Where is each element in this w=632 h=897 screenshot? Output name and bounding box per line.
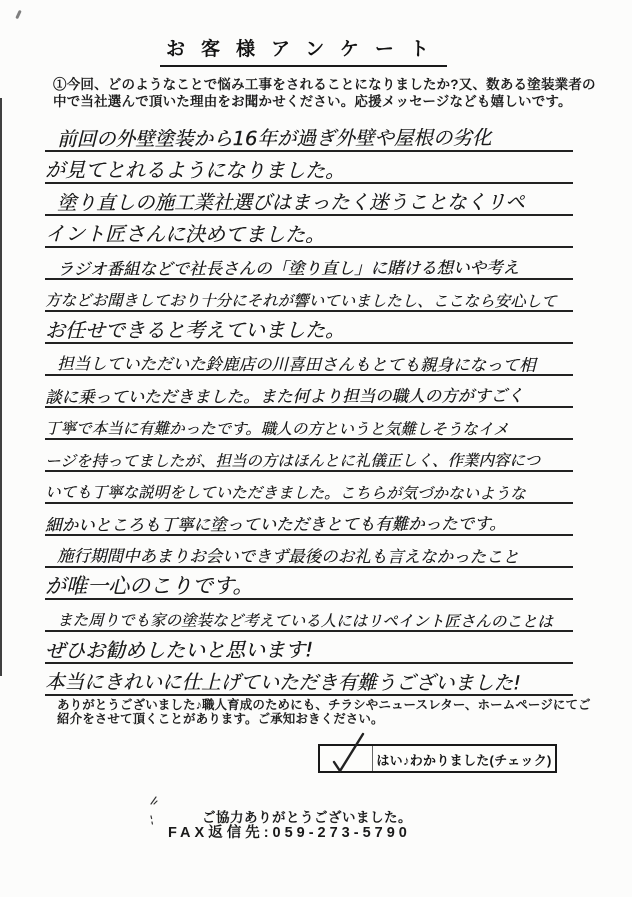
handwritten-text: が唯一心のこりです。 (45, 575, 253, 598)
consent-label: はい♪わかりました(チェック) (373, 746, 555, 771)
notice-line-1: ありがとうございました♪職人育成のためにも、チラシやニュースレター、ホームページ… (57, 699, 591, 713)
handwritten-checkmark-icon (326, 730, 366, 774)
answer-line: ージを持ってましたが、担当の方はほんとに礼儀正しく、作業内容につ (45, 440, 573, 472)
answer-line: また周りでも家の塗装など考えている人にはリペイント匠さんのことは (45, 600, 573, 632)
answer-line: 担当していただいた鈴鹿店の川喜田さんもとても親身になって相 (45, 344, 573, 376)
handwritten-text: お任せできると考えていました。 (45, 320, 345, 343)
handwritten-text: 前回の外壁塗装から16年が過ぎ外壁や屋根の劣化 (57, 128, 491, 151)
handwritten-text: 丁寧で本当に有難かったです。職人の方というと気難しそうなイメ (45, 420, 509, 438)
answer-line: 塗り直しの施工業社選びはまったく迷うことなくリペ (45, 184, 573, 216)
question-line-1: ①今回、どのようなことで悩み工事をされることになりましたか?又、数ある塗装業者の (53, 76, 596, 93)
answer-area: 前回の外壁塗装から16年が過ぎ外壁や屋根の劣化が見てとれるようになりました。塗り… (45, 120, 573, 696)
stray-pen-mark (148, 796, 160, 828)
answer-line: ラジオ番組などで社長さんの「塗り直し」に賭ける想いや考え (45, 248, 573, 280)
question-text: ①今回、どのようなことで悩み工事をされることになりましたか?又、数ある塗装業者の… (53, 76, 596, 110)
answer-line: イント匠さんに決めてました。 (45, 216, 573, 248)
answer-line: 方などお聞きしており十分にそれが響いていましたし、ここなら安心して (45, 280, 573, 312)
notice-line-2: 紹介をさせて頂くことがあります。ご承知おきください。 (57, 713, 591, 727)
consent-checkbox (320, 746, 373, 771)
answer-line: 丁寧で本当に有難かったです。職人の方というと気難しそうなイメ (45, 408, 573, 440)
notice-text: ありがとうございました♪職人育成のためにも、チラシやニュースレター、ホームページ… (57, 699, 591, 726)
handwritten-text: 担当していただいた鈴鹿店の川喜田さんもとても親身になって相 (57, 355, 536, 375)
answer-line: お任せできると考えていました。 (45, 312, 573, 344)
answer-line: が見てとれるようになりました。 (45, 152, 573, 184)
consent-check-table: はい♪わかりました(チェック) (318, 744, 557, 773)
answer-line: が唯一心のこりです。 (45, 568, 573, 600)
answer-line: 施行期間中あまりお会いできず最後のお礼も言えなかったこと (45, 536, 573, 568)
answer-line: 前回の外壁塗装から16年が過ぎ外壁や屋根の劣化 (45, 120, 573, 152)
scanned-survey-page: お客様アンケート ①今回、どのようなことで悩み工事をされることになりましたか?又… (0, 0, 632, 897)
page-title: お客様アンケート (160, 34, 447, 67)
handwritten-text: ラジオ番組などで社長さんの「塗り直し」に賭ける想いや考え (57, 259, 519, 279)
scan-speck (15, 10, 22, 19)
handwritten-text: また周りでも家の塗装など考えている人にはリペイント匠さんのことは (57, 612, 553, 631)
answer-line: ぜひお勧めしたいと思います! (45, 632, 573, 664)
fax-number: FAX返信先:059-273-5790 (168, 821, 411, 842)
handwritten-text: 塗り直しの施工業社選びはまったく迷うことなくリペ (57, 192, 525, 214)
question-line-2: 中で当社選んで頂いた理由をお聞かせください。応援メッセージなども嬉しいです。 (53, 93, 596, 110)
handwritten-text: イント匠さんに決めてました。 (45, 224, 325, 247)
handwritten-text: が見てとれるようになりました。 (45, 160, 345, 183)
handwritten-text: 施行期間中あまりお会いできず最後のお礼も言えなかったこと (57, 547, 519, 566)
scan-edge-artifact (0, 98, 2, 676)
answer-line: いても丁寧な説明をしていただきました。こちらが気づかないような (45, 472, 573, 504)
answer-line: 談に乗っていただきました。また何より担当の職人の方がすごく (45, 376, 573, 408)
handwritten-text: ぜひお勧めしたいと思います! (45, 640, 313, 663)
answer-line: 本当にきれいに仕上げていただき有難うございました! (45, 664, 573, 696)
handwritten-text: 本当にきれいに仕上げていただき有難うございました! (45, 672, 521, 694)
answer-line: 細かいところも丁寧に塗っていただきとても有難かったです。 (45, 504, 573, 536)
handwritten-text: いても丁寧な説明をしていただきました。こちらが気づかないような (45, 484, 526, 503)
handwritten-text: 方などお聞きしており十分にそれが響いていましたし、ここなら安心して (45, 292, 557, 310)
handwritten-text: ージを持ってましたが、担当の方はほんとに礼儀正しく、作業内容につ (45, 452, 540, 470)
handwritten-text: 談に乗っていただきました。また何より担当の職人の方がすごく (45, 387, 524, 407)
handwritten-text: 細かいところも丁寧に塗っていただきとても有難かったです。 (45, 515, 506, 535)
